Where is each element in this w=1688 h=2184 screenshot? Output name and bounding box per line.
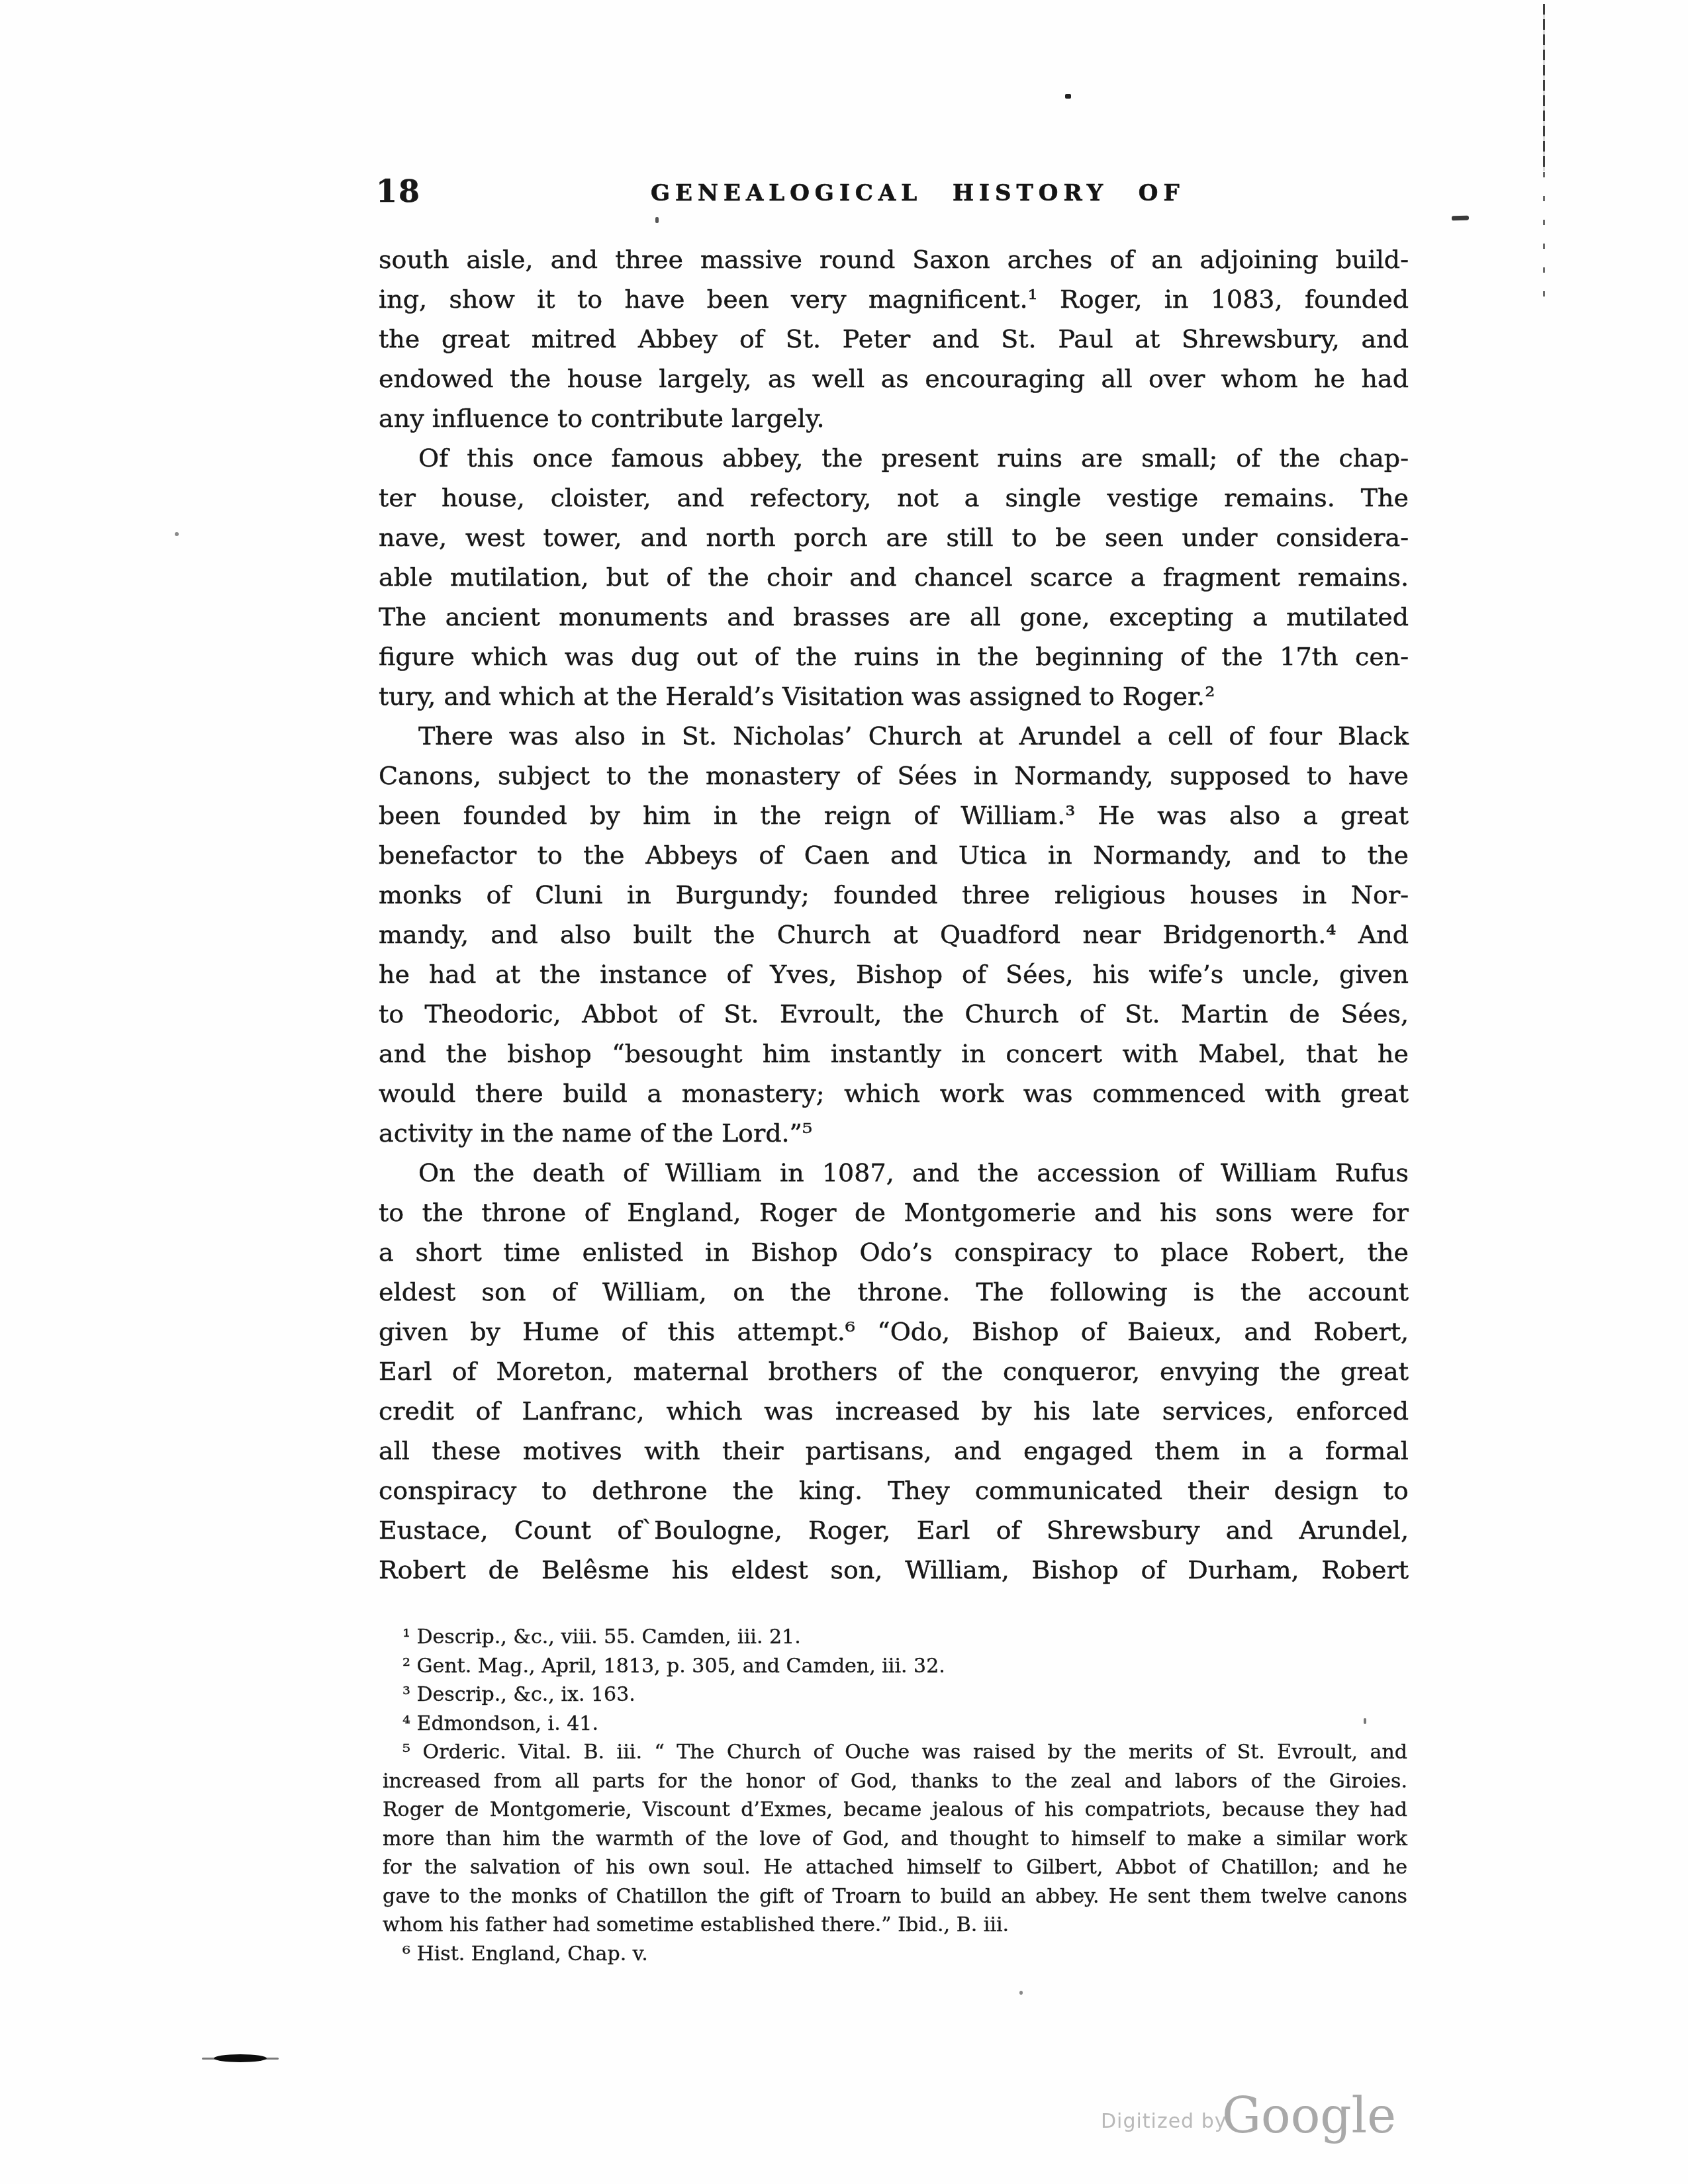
text-line: activity in the name of the Lord.”⁵ bbox=[379, 1113, 1409, 1153]
text-line: benefactor to the Abbeys of Caen and Uti… bbox=[379, 835, 1409, 875]
text-line: and the bishop “besought him instantly i… bbox=[379, 1034, 1409, 1073]
scan-speck bbox=[1019, 1991, 1023, 1995]
text-line: There was also in St. Nicholas’ Church a… bbox=[379, 716, 1409, 756]
text-line: conspiracy to dethrone the king. They co… bbox=[379, 1471, 1409, 1510]
text-line: to Theodoric, Abbot of St. Evroult, the … bbox=[379, 994, 1409, 1034]
page-number: 18 bbox=[376, 173, 421, 209]
text-line: Robert de Belêsme his eldest son, Willia… bbox=[379, 1550, 1409, 1590]
footnote-line: increased from all parts for the honor o… bbox=[383, 1767, 1407, 1796]
footnote-line: Roger de Montgomerie, Viscount d’Exmes, … bbox=[383, 1796, 1407, 1825]
text-line: eldest son of William, on the throne. Th… bbox=[379, 1272, 1409, 1312]
ink-smudge bbox=[214, 2054, 267, 2062]
scan-gutter-line bbox=[1543, 4, 1545, 171]
body-text: south aisle, and three massive round Sax… bbox=[379, 240, 1409, 1590]
book-page-scan: 18 GENEALOGICAL HISTORY OF south aisle, … bbox=[0, 0, 1688, 2184]
text-line: endowed the house largely, as well as en… bbox=[379, 359, 1409, 398]
text-line: would there build a monastery; which wor… bbox=[379, 1073, 1409, 1113]
text-line: Earl of Moreton, maternal brothers of th… bbox=[379, 1351, 1409, 1391]
text-line: figure which was dug out of the ruins in… bbox=[379, 637, 1409, 676]
text-line: all these motives with their partisans, … bbox=[379, 1431, 1409, 1471]
text-line: the great mitred Abbey of St. Peter and … bbox=[379, 319, 1409, 359]
running-header: GENEALOGICAL HISTORY OF bbox=[651, 180, 1185, 206]
footnote-line: for the salvation of his own soul. He at… bbox=[383, 1853, 1407, 1882]
scan-speck bbox=[1065, 94, 1071, 99]
text-line: south aisle, and three massive round Sax… bbox=[379, 240, 1409, 279]
footnote-line: more than him the warmth of the love of … bbox=[383, 1825, 1407, 1854]
scan-speck bbox=[655, 217, 659, 223]
text-line: ter house, cloister, and refectory, not … bbox=[379, 478, 1409, 518]
footnote-line: ⁶ Hist. England, Chap. v. bbox=[383, 1940, 1407, 1969]
text-line: to the throne of England, Roger de Montg… bbox=[379, 1193, 1409, 1232]
text-line: able mutilation, but of the choir and ch… bbox=[379, 557, 1409, 597]
text-line: Eustace, Count of`Boulogne, Roger, Earl … bbox=[379, 1510, 1409, 1550]
footnote-line: ² Gent. Mag., April, 1813, p. 305, and C… bbox=[383, 1652, 1407, 1681]
footnote-line: whom his father had sometime established… bbox=[383, 1911, 1407, 1940]
text-line: ing, show it to have been very magnifice… bbox=[379, 279, 1409, 319]
scan-speck bbox=[175, 532, 179, 536]
text-line: tury, and which at the Herald’s Visitati… bbox=[379, 676, 1409, 716]
footnote-line: ⁵ Orderic. Vital. B. iii. “ The Church o… bbox=[383, 1738, 1407, 1767]
text-line: mandy, and also built the Church at Quad… bbox=[379, 915, 1409, 954]
digitized-by-label: Digitized by bbox=[1101, 2110, 1227, 2133]
text-line: a short time enlisted in Bishop Odo’s co… bbox=[379, 1232, 1409, 1272]
text-line: credit of Lanfranc, which was increased … bbox=[379, 1391, 1409, 1431]
footnote-line: ³ Descrip., &c., ix. 163. bbox=[383, 1680, 1407, 1709]
text-line: Canons, subject to the monastery of Sées… bbox=[379, 756, 1409, 796]
footnotes: ¹ Descrip., &c., viii. 55. Camden, iii. … bbox=[383, 1623, 1407, 1968]
scan-gutter-line-faint bbox=[1543, 172, 1545, 303]
footnote-line: gave to the monks of Chatillon the gift … bbox=[383, 1882, 1407, 1911]
text-line: The ancient monuments and brasses are al… bbox=[379, 597, 1409, 637]
footnote-line: ⁴ Edmondson, i. 41. bbox=[383, 1709, 1407, 1739]
text-line: Of this once famous abbey, the present r… bbox=[379, 438, 1409, 478]
text-line: been founded by him in the reign of Will… bbox=[379, 796, 1409, 835]
footnote-line: ¹ Descrip., &c., viii. 55. Camden, iii. … bbox=[383, 1623, 1407, 1652]
text-line: he had at the instance of Yves, Bishop o… bbox=[379, 954, 1409, 994]
text-line: any influence to contribute largely. bbox=[379, 398, 1409, 438]
text-line: given by Hume of this attempt.⁶ “Odo, Bi… bbox=[379, 1312, 1409, 1351]
text-line: nave, west tower, and north porch are st… bbox=[379, 518, 1409, 557]
text-line: On the death of William in 1087, and the… bbox=[379, 1153, 1409, 1193]
text-line: monks of Cluni in Burgundy; founded thre… bbox=[379, 875, 1409, 915]
google-logo: Google bbox=[1222, 2087, 1396, 2144]
margin-dash-artifact bbox=[1452, 216, 1469, 221]
